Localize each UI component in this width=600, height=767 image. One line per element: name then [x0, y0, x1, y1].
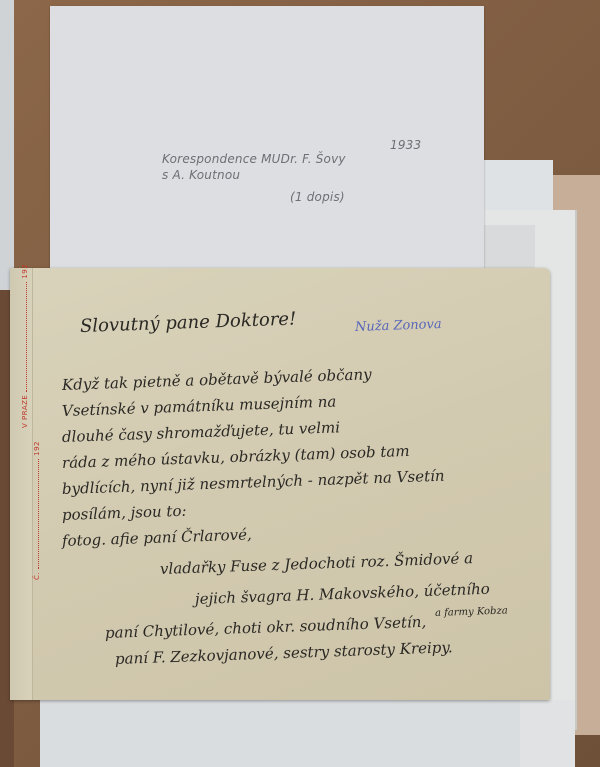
bottom-sheet	[520, 700, 575, 767]
blue-annotation: Nuža Zonova	[355, 317, 442, 335]
bottom-sheet	[40, 690, 530, 767]
label-line-1: Korespondence MUDr. F. Šovy	[162, 152, 346, 166]
letter-line: vladařky Fuse z Jedochoti roz. Šmidové a	[160, 549, 474, 578]
letter-line: Když tak pietně a obětavě bývalé občany	[62, 365, 372, 394]
letter-line: bydlících, nyní již nesmrtelných - nazpě…	[62, 467, 445, 498]
letter-fold-strip: V PRAZE192	[10, 268, 33, 700]
label-year: 1933	[390, 138, 421, 152]
letter-line: fotog. afie paní Črlarové,	[62, 525, 252, 550]
form-year: 192	[33, 441, 41, 456]
letter-line: paní F. Zezkovjanové, sestry starosty Kr…	[115, 638, 453, 668]
letter-line: jejich švagra H. Makovského, účetního	[195, 580, 490, 608]
form-number-text: Č.	[33, 572, 41, 580]
letter-line: paní Chytilové, choti okr. soudního Vset…	[105, 613, 427, 642]
handwritten-letter: Slovutný pane Doktore! Nuža Zonova Když …	[10, 268, 550, 700]
letter-salutation: Slovutný pane Doktore!	[80, 308, 297, 337]
form-year: 192	[21, 264, 29, 279]
letter-line: posílám, jsou to:	[62, 502, 187, 524]
left-edge-paper	[0, 0, 14, 290]
label-line-2: s A. Koutnou	[162, 168, 240, 182]
label-count: (1 dopis)	[290, 190, 345, 204]
form-city-text: V PRAZE	[21, 395, 29, 428]
margin-note: a farmy Kobza	[435, 605, 508, 619]
letter-line: dlouhé časy shromažďujete, tu velmi	[62, 418, 341, 446]
letter-line: Vsetínské v památníku musejním na	[62, 392, 337, 420]
archive-label-sheet: Korespondence MUDr. F. Šovy s A. Koutnou…	[50, 6, 484, 306]
form-number: Č.192	[33, 441, 41, 580]
form-city: V PRAZE192	[21, 264, 29, 428]
letter-line: ráda z mého ústavku, obrázky (tam) osob …	[62, 442, 410, 472]
